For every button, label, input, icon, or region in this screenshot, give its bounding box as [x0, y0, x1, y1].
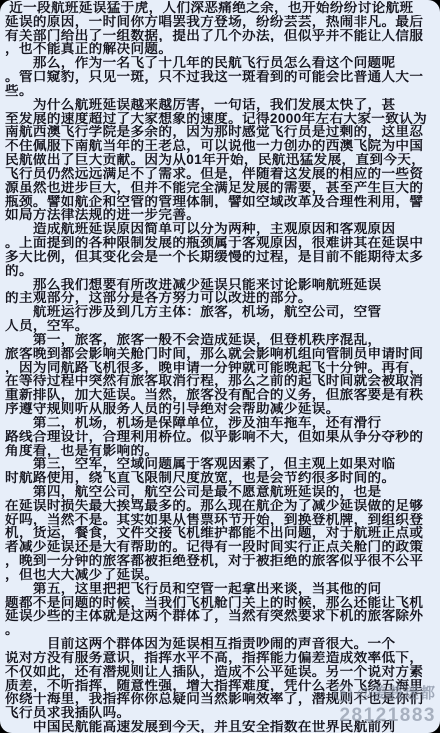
essay-text: 近一段航班延误猛于虎，人们深恶痛绝之余，也开始纷纷讨论航班延误的原因，一时间你方…: [5, 1, 438, 733]
text-line: 些。: [5, 84, 438, 98]
text-line: 说对方没有服务意识，指挥水平不高，指挥能力偏差造成效率低下，: [5, 651, 438, 665]
text-line: 南航西澳飞行学院是多余的，因为那时感觉飞行员是过剩的，这里忍: [5, 125, 438, 139]
text-line: 时航路使用，绕飞直飞限制尺度放宽，也是会节约很多时间的。: [5, 471, 438, 485]
text-line: 第五，这里把把飞行员和空管一起拿出来谈，当其他的问: [5, 582, 438, 596]
text-line: 民航做出了巨大贡献。因为从01年开始，民航迅猛发展，直到今天，: [5, 153, 438, 167]
text-line: 质差，不听指挥，随意性强，增大指挥难度，凭什么老外飞绕五海里: [5, 679, 438, 693]
text-line: 的主观部分，这部分是各方努力可以改进的部分。: [5, 291, 438, 305]
text-line: 机，货运，餐食，文件交接飞机维护都能不出问题，对于航班正点或: [5, 526, 438, 540]
text-line: 在延误时损失最大挨骂最多的。那么现在航企为了减少延误做的足够: [5, 499, 438, 513]
text-line: 至发展的速度超过了大家想象的速度。记得2000年左右大家一致认为: [5, 112, 438, 126]
text-line: 有关部门给出了一组数据，提出了几个办法，但似乎并不能让人信服: [5, 29, 438, 43]
text-line: ，也不能真正的解决问题。: [5, 42, 438, 56]
text-line: ，但也大大减少了延误。: [5, 568, 438, 582]
text-line: 序遵守规则听从服务人员的引导绝对会帮助减少延误。: [5, 402, 438, 416]
text-line: 旅客晚到都会影响关舱门时间，那么就会影响机组向管制员申请时间: [5, 347, 438, 361]
text-line: 。管口窥豹，只见一斑，只不过我这一斑看到的可能会比普通人大一: [5, 70, 438, 84]
text-line: 第三，空军，空域问题属于客观因素了，但主观上如果对临: [5, 457, 438, 471]
text-line: 好吗，当然不是。其实如果从售票环节开始，到换登机牌，到组织登: [5, 513, 438, 527]
text-line: 目前这两个群体因为延误相互指责吵闹的声音很大。一个: [5, 637, 438, 651]
weibo-long-post-image: 近一段航班延误猛于虎，人们深恶痛绝之余，也开始纷纷讨论航班延误的原因，一时间你方…: [0, 0, 440, 733]
text-line: 航班运行涉及到几方主体：旅客，机场，航空公司，空管: [5, 305, 438, 319]
text-line: 如局方法律法规的进一步完善。: [5, 208, 438, 222]
text-line: 重新排队，加大延误。当然，旅客没有配合的义务，但旅客要是有秩: [5, 388, 438, 402]
text-line: 近一段航班延误猛于虎，人们深恶痛绝之余，也开始纷纷讨论航班: [5, 1, 438, 15]
text-line: 角度看，也是有影响的。: [5, 444, 438, 458]
text-line: 瓶颈。譬如航企和空管的管理体制，譬如空域改革及合理性利用，譬: [5, 195, 438, 209]
text-line: 飞行员仍然远远满足不了需求。但是，伴随着这发展的相应的一些资: [5, 167, 438, 181]
text-line: 人员，空军。: [5, 319, 438, 333]
text-line: 第四，航空公司，航空公司是最不愿意航班延误的，也是: [5, 485, 438, 499]
text-line: 不仅如此，还有潜规则让人插队，造成不公平延误。另一个说对方素: [5, 665, 438, 679]
text-line: 在等待过程中突然有旅客取消行程，那么之前的起飞时间就会被取消: [5, 374, 438, 388]
text-line: 为什么航班延误越来越厉害，一句话，我们发展太快了，甚: [5, 98, 438, 112]
text-line: 路线合理设计，合理利用桥位。似乎影响不大，但如果从争分夺秒的: [5, 430, 438, 444]
text-line: 那么，作为一名飞了十几年的民航飞行员怎么看这个问题呢: [5, 56, 438, 70]
text-line: 飞行员求我插队吗。: [5, 706, 438, 720]
text-line: 造成航班延误原因简单可以分为两种，主观原因和客观原因: [5, 222, 438, 236]
text-line: 中国民航能高速发展到今天，并且安全指数在世界民航前列: [5, 720, 438, 733]
text-line: 延误少些的主体就是这两个群体了，当然有突然要求下机的旅客除外: [5, 609, 438, 623]
text-line: ，因为同航路飞机很多，晚申请一分钟就可能晚起飞十分钟。再有，: [5, 361, 438, 375]
text-line: 你绕十海里，我指挥你你总疑问当然影响效率了，潜规则不也是你们: [5, 692, 438, 706]
text-line: 那么我们想要有所改进减少延误只能来讨论影响航班延误: [5, 278, 438, 292]
text-line: 。上面提到的各种限制发展的瓶颈属于客观原因，很难讲其在延误中: [5, 236, 438, 250]
text-line: 第一，旅客，旅客一般不会造成延误，但登机秩序混乱，: [5, 333, 438, 347]
text-line: 多大比例，但其变化会是一个长期缓慢的过程，是目前不能期待太多: [5, 250, 438, 264]
text-line: 延误的原因，一时间你方唱罢我方登场，纷纷芸芸，热闹非凡。最后: [5, 15, 438, 29]
text-line: 者减少延误还是大有帮助的。记得有一段时间实行正点关舱门的政策: [5, 540, 438, 554]
text-line: ，晚到一分钟的旅客都被拒绝登机，对于被拒绝的旅客似乎很不公平: [5, 554, 438, 568]
text-line: 源虽然也进步巨大，但并不能完全满足发展的需要，甚至产生巨大的: [5, 181, 438, 195]
text-line: 题都不是问题的时候，当我们飞机舱门关上的时候，那么还能让飞机: [5, 596, 438, 610]
text-line: 第二，机场，机场是保障单位，涉及油车拖车，还有滑行: [5, 416, 438, 430]
text-line: 不住佩服下南航当年的王老总，可以说他一力创办的西澳飞院为中国: [5, 139, 438, 153]
text-line: 。: [5, 623, 438, 637]
text-line: 的。: [5, 264, 438, 278]
